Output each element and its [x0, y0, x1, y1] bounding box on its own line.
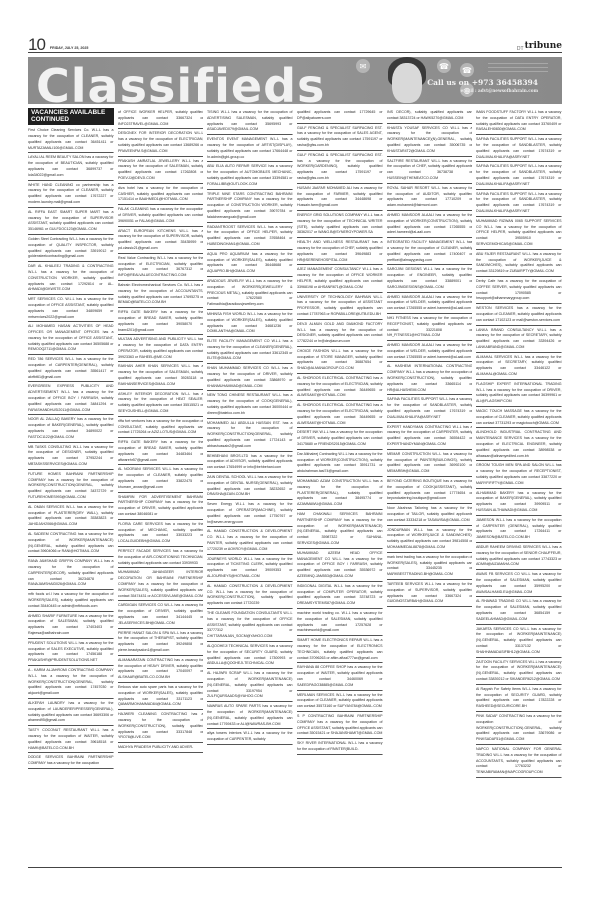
classified-ad: MERLMAN SERVICES W.L.L has a vacancy for… — [297, 691, 383, 712]
classified-ad: NAWRAS AUTO SPARE PARTS has a vacancy fo… — [207, 702, 292, 729]
classified-ad: AHMED SHARIF FURNITURE has a vacancy for… — [28, 612, 113, 639]
classified-ad: AL RHAWAD TRADING CO W.L.L has a vacancy… — [476, 597, 561, 624]
classified-ad: AL NOORANI SERVICES W.L.L has a vacancy … — [118, 465, 204, 492]
classified-ad: Noor Alzahraa Tailoring has a vacancy fo… — [387, 504, 473, 525]
classified-ad: NH1 FITNESS has a vacancy for the occupa… — [387, 314, 473, 341]
section-heading: VACANCIES AVAILABLE CONTINUED — [28, 108, 114, 125]
classified-ad: GULF FENCING & SPECIALIST SURFACING EST.… — [297, 124, 383, 151]
classified-ad: SAROJINI DESIGNS W.L.L has a vacancy for… — [387, 265, 473, 292]
classified-ad: SAFINA FACILITIES SUPPORT W.L.L has a va… — [387, 395, 473, 422]
column-3: TISING W.L.L has a vacancy for the occup… — [207, 108, 293, 868]
classified-ad: EVERGREEN EXPRESS PUBLICITY AND ADVERTIS… — [28, 382, 113, 415]
classified-ad: GROOM TOUGH MEN SPA AND SALON W.L.L has … — [476, 461, 561, 488]
classified-ad: PRUDENT SOLUTIONS W.L.L has a vacancy fo… — [28, 639, 113, 666]
classified-ad: SMART HOME ELECTRONICS REPAIR W.L.L has … — [297, 636, 383, 663]
classified-ad: TRIPLE NINE STARS CONTRACTING BAHRAINI P… — [207, 190, 292, 223]
operator-illustration — [384, 57, 428, 104]
classified-ad: NAPCO NATIONAL COMPANY FOR GENERAL TRADI… — [476, 745, 561, 778]
classified-ad: Dar Alkhaleej Contracting W.L.L has a va… — [297, 450, 383, 477]
classified-ad: Al Rayyah For Safety Items W.L.L has a v… — [476, 685, 561, 712]
classified-ad: Seven Energy W.L.L has a vacancy for the… — [207, 500, 292, 527]
classified-ad: ABU ELIA AUTO REPAIR SERVICE has a vacan… — [207, 162, 292, 189]
classified-ad: LANKA BRAND CONSULTANCY W.L.L has a vaca… — [476, 326, 561, 353]
classified-ad: Bahrain Electromechanical Services Co. W… — [118, 281, 204, 308]
classified-ad: GULF FENCING & SPECIALIST SURFACING EST.… — [297, 151, 383, 184]
classified-ad: MULTAN ADVERTISING AND PUBLICITY W.L.L h… — [118, 335, 204, 362]
classified-ad: MB TASKS CONSULTING W.L.L has a vacancy … — [28, 443, 113, 470]
classified-ad: ALMANARATAIN CONTRACTING has a vacancy f… — [118, 656, 204, 683]
classified-ad: ZAITOON FACILITY SERVICES W.L.L has a va… — [476, 658, 561, 685]
classified-ad: SAFINA FACILITIES SUPPORT W.L.L has a va… — [476, 162, 561, 189]
bottom-rule — [28, 867, 562, 868]
classified-ad: MEMAR CONSTRUCTION W.L.L has a vacancy f… — [387, 450, 473, 477]
classified-ad: RIFFA GATE BAKERY has a vacancy for the … — [118, 438, 204, 465]
classified-ad: INTEGRATED FACILITY MANAGEMENT W.L.L has… — [387, 238, 473, 265]
classifieds-banner: Classifieds ✉ ☎ ☎ ◍ Call us on +973 3645… — [28, 57, 562, 104]
classified-ad: MRT SERVICES CO. W.L.L has a vacancy for… — [28, 295, 113, 322]
banner-email: email : advt@newsofbahrain.com — [461, 88, 538, 93]
column-6: IMAN FOODSTUFF FACTORY W.L.L has a vacan… — [476, 108, 562, 868]
ad-list: qualified applicants can contact 1772964… — [297, 108, 383, 755]
classified-ad: RAKHAN AHER KHAN SERVICES W.L.L has a va… — [118, 362, 204, 389]
classified-ad: WHITE HAND CLEANING co partnership has a… — [28, 181, 113, 208]
classified-ad: A - KARIM ALJAHROMI CONTRACTING COMPANY … — [28, 666, 113, 699]
classified-ad: DAR AL KHALEEJ TRADING & CONTRACTING W.L… — [28, 262, 113, 295]
brand-logo-icon: DT — [517, 46, 524, 52]
classified-ad: WESTON SERVICES has a vacancy for the oc… — [476, 304, 561, 325]
classified-ad: ALINDHOLD INDUSTRIAL CONTRACTING AND MAI… — [476, 428, 561, 461]
classified-ad: AL SADEEM CONTRACTING has a vacancy for … — [28, 530, 113, 557]
classified-ad: FALAK CLEANING has a vacancy for the occ… — [118, 205, 204, 226]
classified-ad: JAMIESON W.L.L has a vacancy for the occ… — [476, 516, 561, 543]
classified-ad: RAYHANA 88 COFFEE SHOP has a vacancy for… — [297, 663, 383, 690]
page-header-right: DT tribune — [280, 36, 562, 53]
classified-ad: AL RIFFA EAST SMART SUPER MART has a vac… — [28, 208, 113, 235]
classified-ad: UNIVERSITY OF TECHNOLOGY BAHRAIN W.L.L h… — [297, 293, 383, 320]
page-header: 10 FRIDAY, JULY 25, 2025 — [28, 36, 280, 53]
classified-ad: mfb foods w.l.l has a vacancy for the oc… — [28, 590, 113, 611]
banner-phone: Call us on +973 36458394 — [427, 78, 538, 87]
classified-ad: RED 786 SERVICES W.L.L has a vacancy for… — [28, 355, 113, 382]
classified-ad: aliya towers interiors W.L.L has a vacan… — [207, 729, 292, 745]
classified-ad: JAKARTA SERVICES CO W.L.L has a vacancy … — [476, 625, 561, 658]
classified-ad: HEALTH AND WELLNESS RESTAURANT has a vac… — [297, 238, 383, 265]
classified-ad: ARACT EUROPEAN KITCHENS W.L.L has a vaca… — [118, 227, 204, 254]
classified-ad: MADHYA PRADESH PUBLICITY AND ADVER- — [118, 743, 204, 753]
classified-ad: SKY RIVER INTERNATIONAL W.L.L has a vaca… — [297, 739, 383, 755]
classified-ad: TARTEEB SERVICES W.L.L has a vacancy for… — [387, 580, 473, 607]
classified-ad: SHAMRIN FOR ADVERTISEMENT BAHRAINI PARTN… — [118, 493, 204, 520]
classified-ad: First Choice Cleaning Services Co. W.L.L… — [28, 126, 113, 153]
classified-ad: Golden Steel Contracting W.L.L has a vac… — [28, 235, 113, 262]
classified-ad: ABDUR RAHEEM DRIVING SERVICES W.L.L has … — [476, 543, 561, 570]
classified-ad: ALHAMMAD BAKERY has a vacancy for the oc… — [476, 489, 561, 516]
classified-ad: Emkous star auto spare parts has a vacan… — [118, 683, 204, 710]
classified-ad: PIERRE HANAT SALON & SPA W.L.L has a vac… — [118, 629, 204, 656]
classified-ad: EVENTOS EVENT MANAGEMENT W.L.L has a vac… — [207, 135, 292, 162]
classified-ad: ALKEFAH LAUNDRY has a vacancy for the oc… — [28, 699, 113, 726]
classified-ad: KHAN MUHAMMAD SERVICES CO W.L.L has a va… — [207, 364, 292, 391]
classified-ad: MUHAMMAD AZEEM HEAD OFFICE MANAGEMENT CO… — [297, 549, 383, 582]
classified-ad: MOHAMMAD AZAM CONSTRUCTION W.L.L has a v… — [297, 477, 383, 510]
classified-ad: AL OMAN SERVICES W.L.L has a vacancy for… — [28, 503, 113, 530]
ad-list: First Choice Cleaning Services Co. W.L.L… — [28, 126, 114, 769]
column-2: of OFFICE WORKER HELPER, suitably qualif… — [118, 108, 204, 868]
classified-ad: of OFFICE WORKER HELPER, suitably qualif… — [118, 108, 204, 129]
classified-ad: qualified applicants can contact 1772964… — [297, 108, 383, 124]
classified-ad: S P CONTRACTING BAHRAINI PARTNERSHIP COM… — [297, 712, 383, 739]
classified-ad: AHMED MANSOOR ALAALI has a vacancy for t… — [387, 341, 473, 362]
classified-ad: INDIGONAL DIGITAL W.L.L has a vacancy fo… — [297, 582, 383, 609]
classified-ad: CARDIGAN SERVICES CO W.L.L has a vacancy… — [118, 601, 204, 628]
column-5: INS DECOR), suitably qualified applicant… — [387, 108, 473, 868]
classified-ad: RANA JAMSHAID GRIFFIN COMPANY W.L.L has … — [28, 557, 113, 590]
classified-ad: ELITE FACILITY MANAGEMENT CO W.L.L has a… — [207, 337, 292, 364]
classified-ad: AL SHOROOS ELECTRICAL CONTRACTING has a … — [297, 401, 383, 428]
ad-list: IMAN FOODSTUFF FACTORY W.L.L has a vacan… — [476, 108, 562, 778]
classified-ad: AWAIS FB SERVICES CO W.L.L has a vacancy… — [476, 570, 561, 597]
classified-ad: MOHAMMED ALI ABDULLA HASSAN EST. has a v… — [207, 419, 292, 452]
classified-ad: AJEZ MANAGEMENT CONSULTANCY W.L.L has a … — [297, 265, 383, 292]
banner-title: Classifieds — [36, 59, 325, 104]
classified-ad: THE GLEAMS FOUNDATION CONSULTANTS W.L.L … — [207, 609, 292, 642]
classified-ad: FUTURE HOMES BAHRAINI PARTNERSHIP COMPAN… — [28, 470, 113, 503]
classified-ad: AHMED MANSOOR ALAALI has a vacancy for t… — [387, 211, 473, 238]
classified-ad: PINK SADAF CONTRACTING has a vacancy for… — [476, 712, 561, 745]
ad-list: INS DECOR), suitably qualified applicant… — [387, 108, 473, 607]
classified-ad: RIFFA GATE BAKERY has a vacancy for the … — [118, 308, 204, 335]
column-1: VACANCIES AVAILABLE CONTINUED First Choi… — [28, 108, 114, 868]
phone-icon: ☎ — [460, 63, 474, 77]
classified-ad: HAJWERI CLEANING CONTRACTING has a vacan… — [118, 710, 204, 743]
classified-ad: ALMAHAL SERVICES W.L.L has a vacancy for… — [476, 353, 561, 380]
classified-ad: DEVJI ALMUN GOLD AND DIAMOND FACTORY W.L… — [297, 320, 383, 347]
classified-ad: FLAGSHIP EXPERT INTERNATIONAL TRADING W.… — [476, 380, 561, 407]
classified-ad: mark best trading has a vacancy for the … — [387, 553, 473, 580]
classified-ad: ASHLEY INTERIOR DECORATION W.L.L has a v… — [118, 390, 204, 417]
ad-list: of OFFICE WORKER HELPER, suitably qualif… — [118, 108, 204, 753]
classified-ad: SAFINA FACILITIES SUPPORT W.L.L has a va… — [476, 135, 561, 162]
classified-ad: ALQOOHEJI TECHNICAL SERVICES has a vacan… — [207, 642, 292, 669]
classified-ad: SAFINA FACILITIES SUPPORT W.L.L has a va… — [476, 190, 561, 217]
classified-ad: NEW TONG CHINESE RESTAURANT W.L.L has a … — [207, 391, 292, 418]
classified-ad: PERFECT FACADE SERVICES has a vacancy fo… — [118, 547, 204, 568]
classified-ad: DODGE SERVICES BAHRAINI PARTNERSHIP COMP… — [28, 753, 113, 769]
page-number: 10 — [28, 37, 45, 52]
classified-ad: MUHAMMAD JAHANGEER INTERIOR DECORATION O… — [118, 568, 204, 601]
classified-ad: NOOR AL ZALLAQ BAKERY has a vacancy for … — [28, 415, 113, 442]
classified-ad: HUSAIN JAAFAR MOHAMED ALI has a vacancy … — [297, 184, 383, 211]
classified-ad: ABU FAJER RESTAURANT W.L.L has a vacancy… — [476, 250, 561, 277]
classified-ad: SALTFIRE RESTAURANT W.L.L has a vacancy … — [387, 157, 473, 184]
classified-ad: AHMED MANSOOR ALAALI has a vacancy for t… — [387, 293, 473, 314]
classified-ad: JOURNEYS WORLD W.L.L has a vacancy for t… — [207, 555, 292, 582]
classified-ad: Derby Cafe has a vacancy for the occupat… — [476, 277, 561, 304]
classified-ad: riffa fort ventures has a vacancy for th… — [118, 417, 204, 438]
classified-ad: PRAKASH AMRATLAL JEWELLERY W.L.L has a v… — [118, 157, 204, 184]
classified-ad: LAYALI AL REEM BEAUTY SALON has a vacanc… — [28, 153, 113, 180]
illustration-face — [392, 63, 422, 103]
classified-ad: Real Value Contracting W.L.L has a vacan… — [118, 254, 204, 281]
banner-decoration — [488, 63, 548, 75]
classified-ad: EXPERT HANDYMAN CONTRACTING W.L.L has a … — [387, 423, 473, 450]
ad-list: TISING W.L.L has a vacancy for the occup… — [207, 108, 293, 745]
classified-ad: AL HAMAD CONSTRUCTION & DEVELOPMENT CO. … — [207, 582, 292, 609]
classified-ad: IMAN FOODSTUFF FACTORY W.L.L has a vacan… — [476, 108, 561, 135]
classified-ad: ARADIOUS JEWELRY W.L.L has a vacancy for… — [207, 277, 292, 310]
classified-ad: AL HAJWRI SCRAP W.L.L has a vacancy for … — [207, 669, 292, 702]
classified-ad: ENERGY GRID SOLUTIONS COMPANY W.L.L has … — [297, 211, 383, 238]
classified-ad: ZAIN DENTAL SCHOOL W.L.L has a vacancy f… — [207, 473, 292, 500]
classified-ad: KHAISTA YOUSAF SERVICES CO W.L.L has a v… — [387, 124, 473, 157]
classified-ad: BEYOND CATERING BOUTIQUE has a vacancy f… — [387, 477, 473, 504]
classified-ad: DESIGNEX FOR INTERIOR DECORATION W.L.L h… — [118, 129, 204, 156]
classified-ad: MAGIC TOUCH MASSAGE has a vacancy for th… — [476, 407, 561, 428]
classified-ad: HAM CHAKWALI SERVICES BAHRAINI PARTNERSH… — [297, 510, 383, 549]
classified-ad: BEHBEHANI BROS.LTD has a vacancy for the… — [207, 452, 292, 473]
classified-ad: machine world trading co. W.L.L has a va… — [297, 609, 383, 636]
classified-ad: TASTY COCONUT RESTAURANT W.L.L has a vac… — [28, 726, 113, 753]
classified-ad: MIHINSA FISH WORLD W.L.L has a vacancy f… — [207, 310, 292, 337]
email-icon: ✉ — [356, 59, 370, 73]
brand-name: tribune — [525, 41, 562, 51]
classified-ad: INS DECOR), suitably qualified applicant… — [387, 108, 473, 124]
classified-ad: CHOICE FASHION W.L.L has a vacancy for t… — [297, 347, 383, 374]
classified-ad: RADIANTROOST SERVICES W.L.L has a vacanc… — [207, 223, 292, 250]
classified-ad: AL HASHEMI INTERNATIONAL CONTRACTING COM… — [387, 362, 473, 395]
classified-ad: AL HAMAD CONSTRUCTION & DEVELOPMENT CO. … — [207, 527, 292, 554]
classified-ad: diva hotel has a vacancy for the occupat… — [118, 184, 204, 205]
publication-date: FRIDAY, JULY 25, 2025 — [50, 46, 88, 50]
classified-ad: MUHAMMAD RIZWAN 0065 SUPPORT SERVICES CO… — [476, 217, 561, 250]
classified-ad: AQUA PRO AQUARIUM has a vacancy for the … — [207, 250, 292, 277]
classified-ad: DESERT INK W.L.L has a vacancy for the o… — [297, 428, 383, 449]
classified-ad: JONDURMAN W.L.L has a vacancy for the oc… — [387, 526, 473, 553]
column-4: qualified applicants can contact 1772964… — [297, 108, 383, 868]
classified-ad: ALI MOHAMED HASAN ACTIVITIES OF HEAD OFF… — [28, 322, 113, 355]
classifieds-columns: VACANCIES AVAILABLE CONTINUED First Choi… — [28, 108, 562, 868]
classified-ad: AL SHOROOS ELECTRICAL CONTRACTING has a … — [297, 374, 383, 401]
classified-ad: TISING W.L.L has a vacancy for the occup… — [207, 108, 292, 135]
classified-ad: ROYAL SAHAR RESORT W.L.L has a vacancy f… — [387, 184, 473, 211]
phone-icon: ☎ — [437, 59, 451, 73]
classified-ad: FLORIA CARE SERVICES has a vacancy for t… — [118, 520, 204, 547]
